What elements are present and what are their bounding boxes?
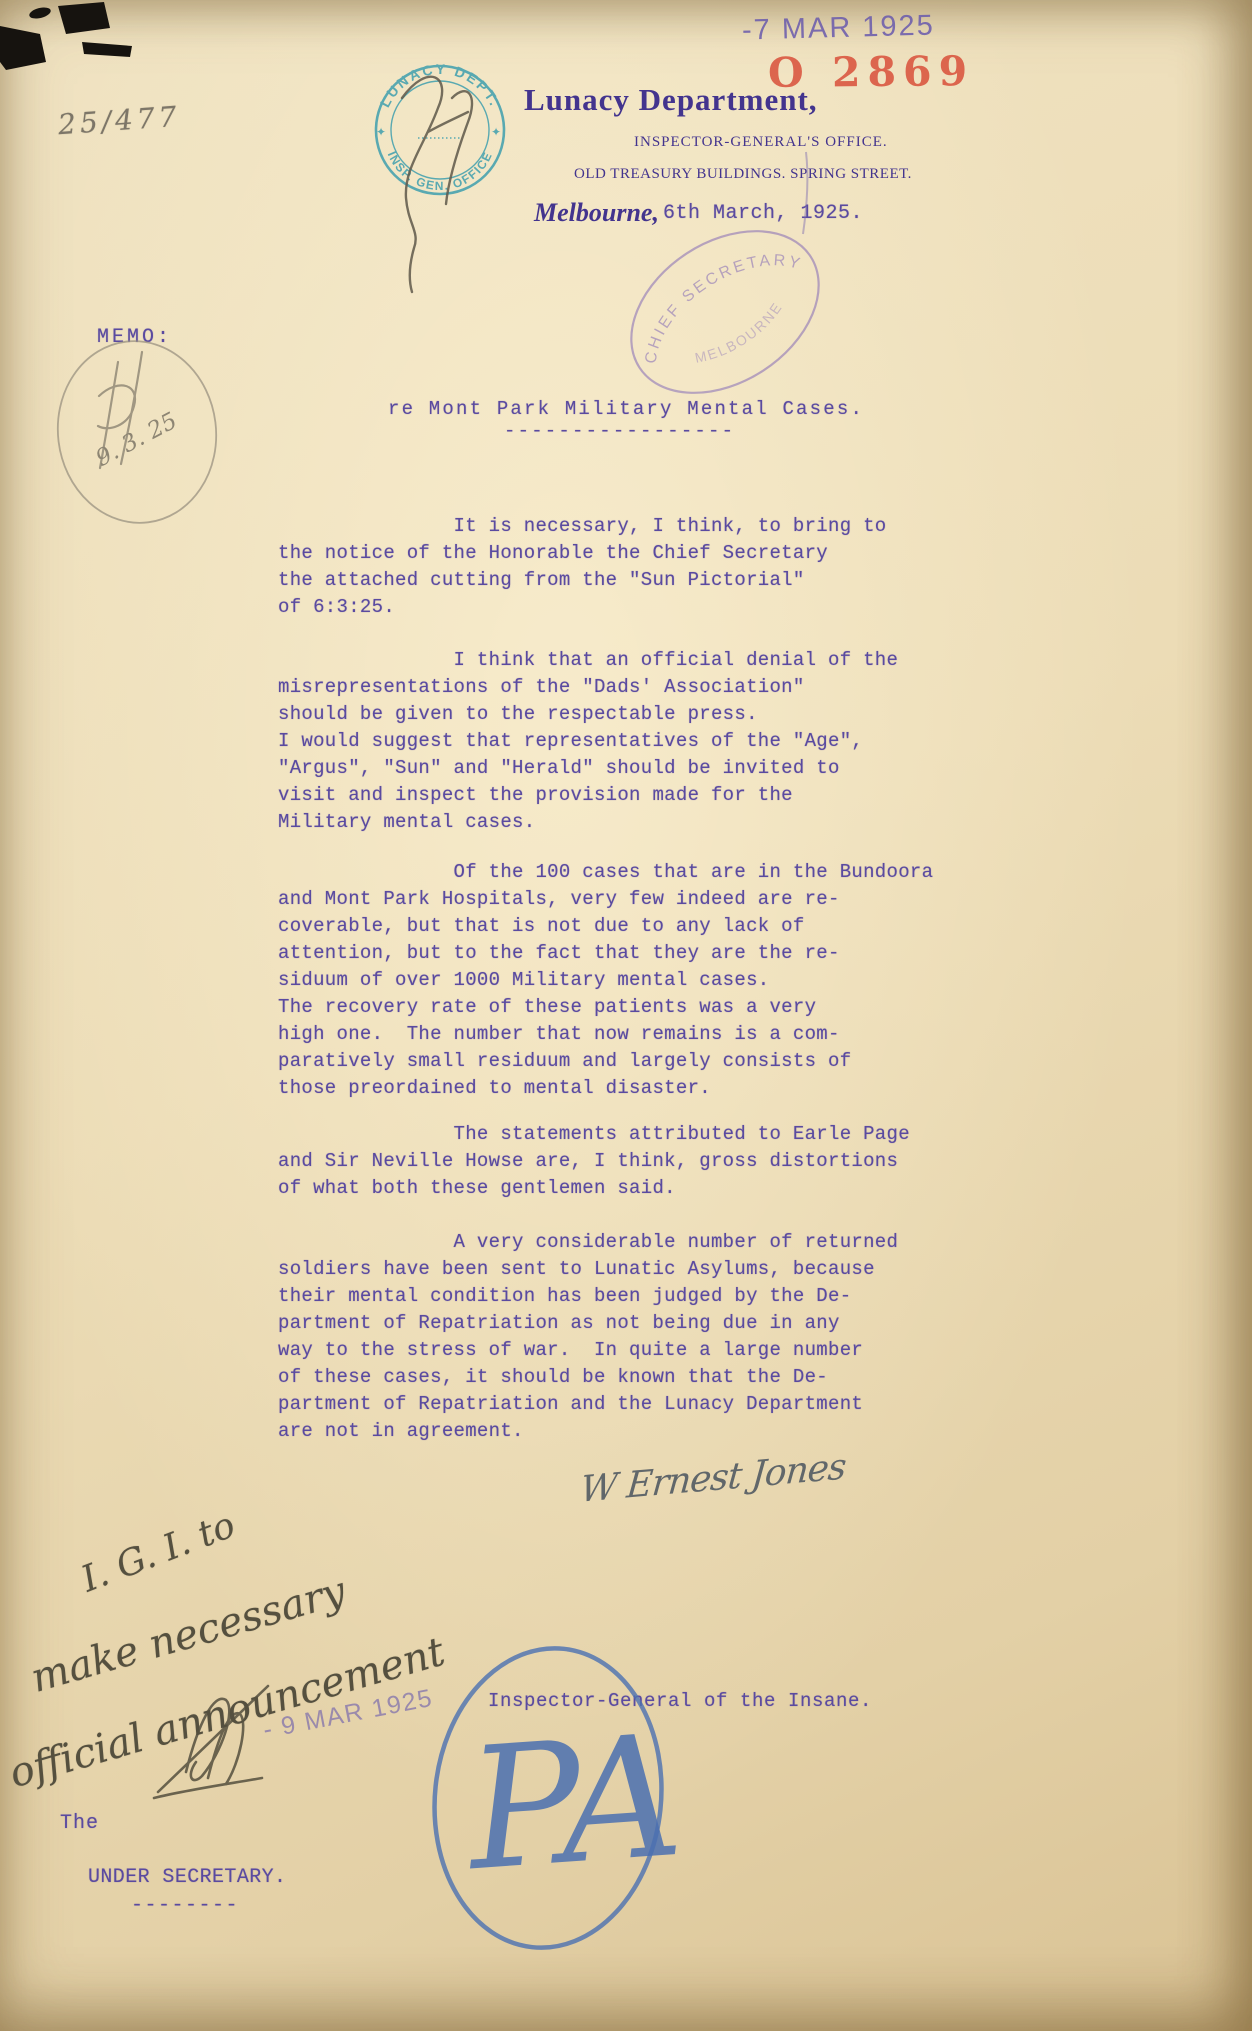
- photo-corner-marks: [0, 2, 132, 70]
- memo-subject-underline: -----------------: [504, 420, 735, 442]
- approval-mark-pa: PA: [420, 1637, 682, 1959]
- round-stamp-top-text: LUNACY DEPT.: [377, 61, 504, 110]
- oval-stamp-bottom-text: MELBOURNE: [688, 295, 791, 375]
- memo-document: 25/477 -7 MAR 1925 O 2869 LUNACY DEPT. I…: [0, 0, 1252, 2031]
- letterhead-office: INSPECTOR-GENERAL'S OFFICE.: [634, 134, 888, 151]
- signature-title: Inspector-General of the Insane.: [488, 1690, 872, 1712]
- memo-label: MEMO:: [97, 326, 172, 349]
- addressee-title: UNDER SECRETARY.: [88, 1866, 286, 1889]
- memo-paragraph-5: A very considerable number of returned s…: [278, 1229, 898, 1445]
- approval-mark-text: PA: [459, 1698, 682, 1908]
- lunacy-dept-office-stamp: LUNACY DEPT. INSP. GEN. OFFICE ✦ ✦: [368, 58, 512, 202]
- addressee-underline: --------: [131, 1894, 239, 1917]
- memo-paragraph-1: It is necessary, I think, to bring to th…: [278, 513, 887, 621]
- memo-subject: re Mont Park Military Mental Cases.: [388, 398, 864, 420]
- memo-paragraph-2: I think that an official denial of the m…: [278, 647, 898, 836]
- round-stamp-bottom-text: INSP. GEN. OFFICE: [385, 149, 496, 193]
- memo-paragraph-3: Of the 100 cases that are in the Bundoor…: [278, 859, 933, 1102]
- chief-secretary-oval-stamp: CHIEF SECRETARY MELBOURNE: [600, 212, 850, 412]
- instruction-note-line1: I. G. I. to: [76, 1505, 241, 1601]
- file-reference-handwritten: 25/477: [57, 100, 182, 141]
- letterhead-address: OLD TREASURY BUILDINGS. SPRING STREET.: [574, 166, 912, 183]
- letterhead-department: Lunacy Department,: [524, 82, 818, 118]
- received-date-stamp: -7 MAR 1925: [742, 9, 936, 47]
- star-icon: ✦: [491, 125, 501, 139]
- memo-paragraph-4: The statements attributed to Earle Page …: [278, 1121, 910, 1202]
- star-icon: ✦: [376, 125, 386, 139]
- pencil-circled-initials: 9. 3. 25: [47, 332, 226, 532]
- addressee-salutation: The: [60, 1812, 99, 1835]
- pencil-note-date: 9. 3. 25: [92, 408, 182, 472]
- signature-handwritten: W Ernest Jones: [579, 1446, 848, 1511]
